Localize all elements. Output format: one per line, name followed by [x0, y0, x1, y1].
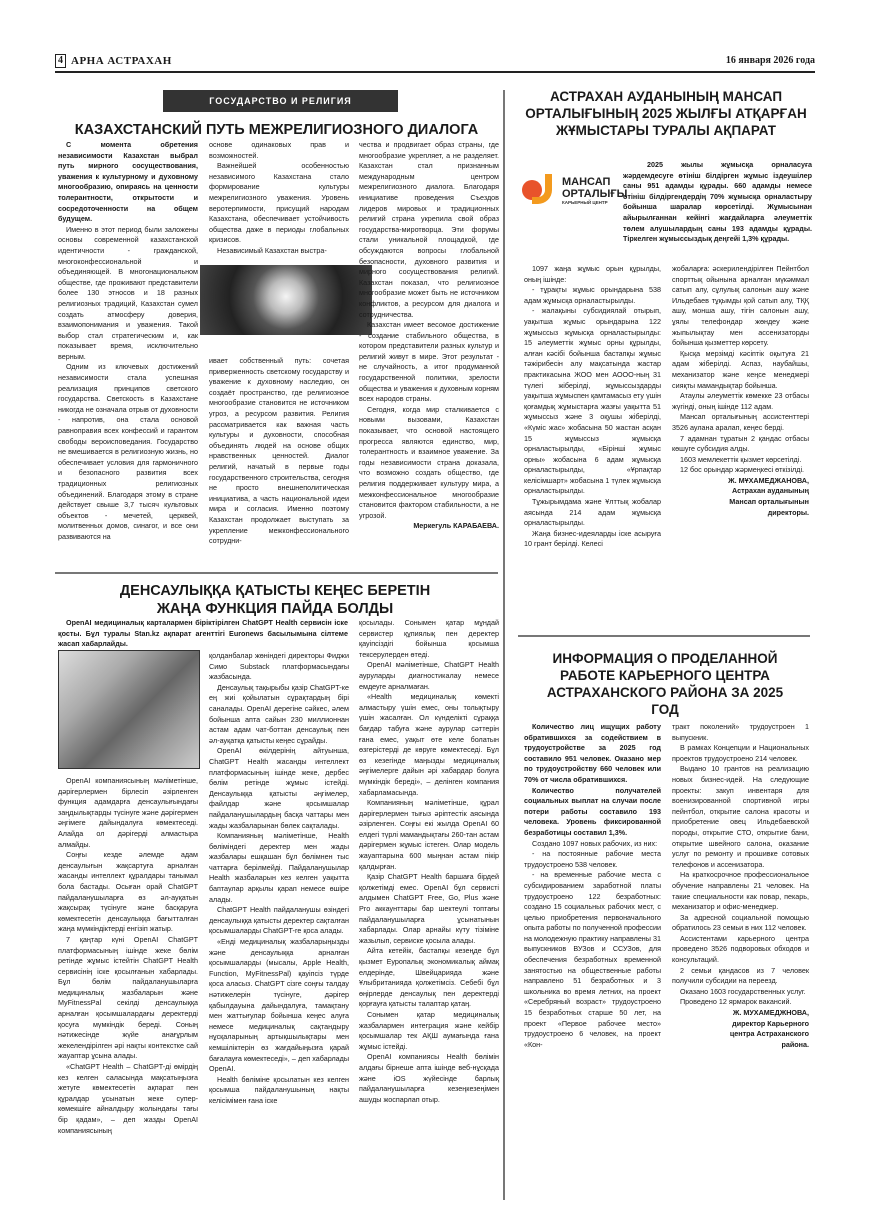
newspaper-name: АРНА АСТРАХАН: [71, 54, 172, 68]
article4-title: ИНФОРМАЦИЯ О ПРОДЕЛАННОЙ РАБОТЕ КАРЬЕРНО…: [540, 650, 790, 718]
article4-col1: Количество лиц ищущих работу обратившихс…: [524, 722, 661, 1050]
article2-col1: OpenAI компаниясының мәліметінше, дәріге…: [58, 776, 198, 1136]
article3-col2: жобаларға: әскерилендірілген Пейнтбол сп…: [672, 264, 809, 518]
article1-col3: чества и продвигает образ страны, где мн…: [359, 140, 499, 532]
article1-author: Меркегуль КАРАБАЕВА.: [359, 521, 499, 532]
newspaper-page: 4 АРНА АСТРАХАН 16 января 2026 года ГОСУ…: [55, 0, 815, 1226]
article1-col1: С момента обретения независимости Казахс…: [58, 140, 198, 543]
column-divider: [503, 90, 505, 1200]
article1-title: КАЗАХСТАНСКИЙ ПУТЬ МЕЖРЕЛИГИОЗНОГО ДИАЛО…: [55, 121, 498, 139]
article4-col2: тракт поколений» трудоустроен 1 выпускни…: [672, 722, 809, 1050]
article3-col1: 1097 жаңа жұмыс орын құрылды, оның ішінд…: [524, 264, 661, 550]
article-separator-right: [518, 635, 810, 637]
header-rule: [55, 71, 815, 73]
issue-date: 16 января 2026 года: [726, 54, 815, 68]
section-rubric: ГОСУДАРСТВО И РЕЛИГИЯ: [163, 90, 398, 112]
article3-title: АСТРАХАН АУДАНЫНЫҢ МАНСАП ОРТАЛЫҒЫНЫҢ 20…: [525, 88, 807, 139]
globe-in-hands-photo: [200, 265, 372, 335]
article2-title: ДЕНСАУЛЫҚҚА ҚАТЫСТЫ КЕҢЕС БЕРЕТІН ЖАҢА Ф…: [105, 582, 445, 618]
page-number: 4: [55, 54, 66, 68]
article3-author: Ж. МҰХАМЕДЖАНОВА,Астрахан ауданыныңМанса…: [672, 476, 809, 518]
article-separator: [55, 572, 498, 574]
article1-col2-bottom: ивает собственный путь: сочетая приверже…: [209, 356, 349, 547]
article2-col2: қолданбалар жөніндегі директоры Фиджи Си…: [209, 651, 349, 1107]
article2-col3: қосылады. Сонымен қатар мұндай сервистер…: [359, 618, 499, 1105]
article1-col2-top: основе одинаковых прав и возможностей. В…: [209, 140, 349, 257]
article3-lead: 2025 жылы жұмысқа орналасуға жәрдемдесуг…: [522, 160, 812, 245]
page-header: 4 АРНА АСТРАХАН 16 января 2026 года: [55, 54, 815, 70]
article4-author: Ж. МУХАМЕДЖНОВА,директор Карьерногоцентр…: [672, 1008, 809, 1050]
doctor-patient-photo: [58, 650, 200, 769]
article2-lead: OpenAI медициналық карталармен біріктірі…: [58, 618, 348, 650]
